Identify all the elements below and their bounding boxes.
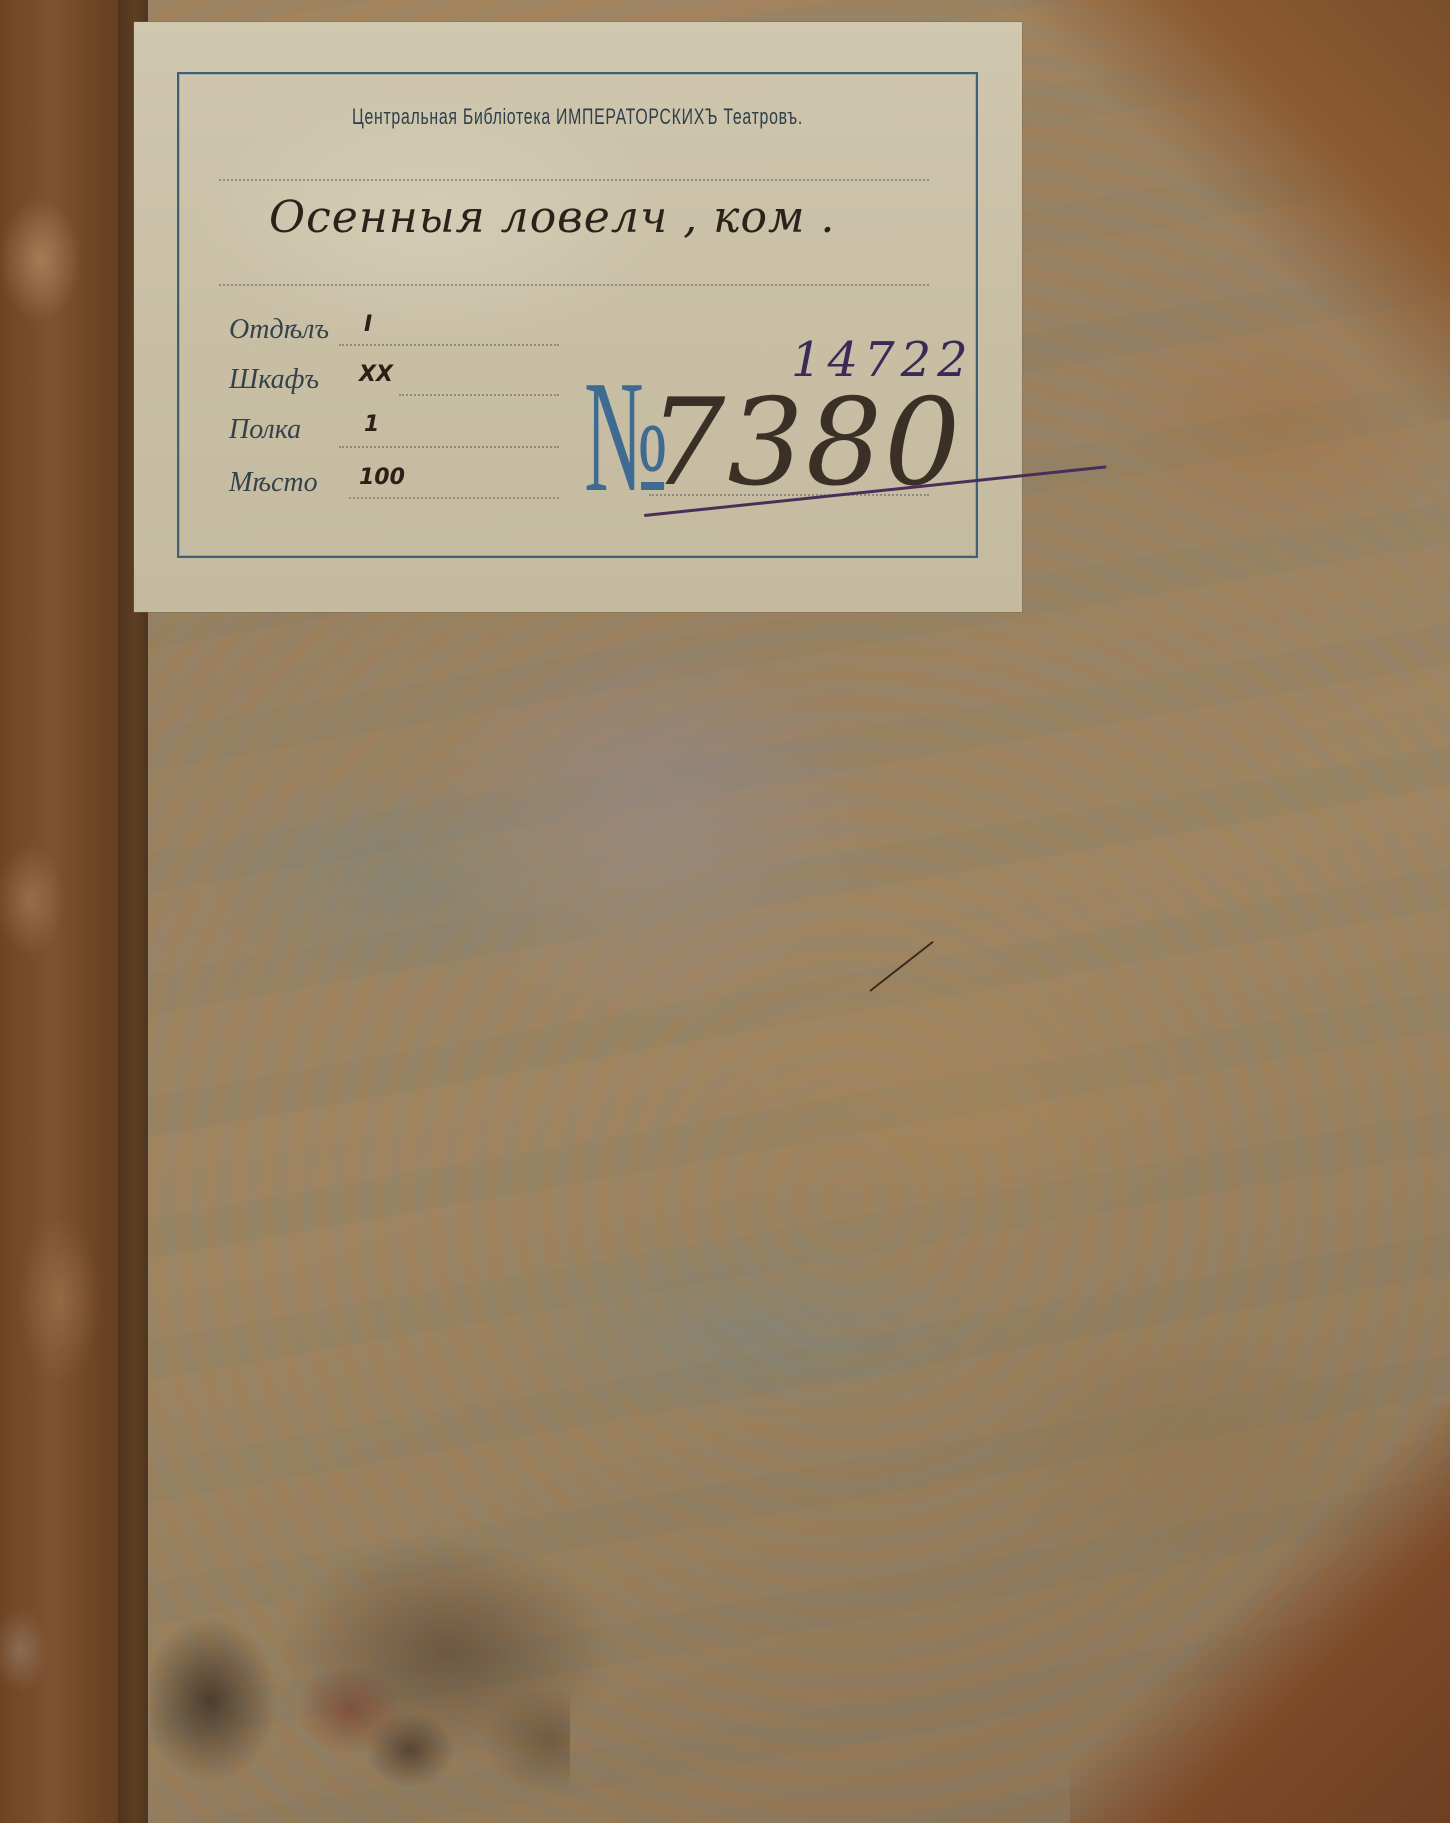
leather-corner-top <box>1010 0 1450 420</box>
label-frame: Центральная Библіотека ИМПЕРАТОРСКИХЪ Те… <box>177 72 978 558</box>
field-label: Мѣсто <box>229 467 318 499</box>
field-shkaf: Шкафъ XX <box>229 364 559 404</box>
field-label: Шкафъ <box>229 364 319 396</box>
old-catalog-number-struck: 7380 <box>649 374 962 513</box>
water-stain <box>150 1590 570 1823</box>
handwritten-title: Осенныя ловелч , ком . <box>269 192 835 243</box>
field-dotted-line <box>399 394 559 396</box>
field-value: I <box>364 312 372 337</box>
field-dotted-line <box>339 446 559 448</box>
field-dotted-line <box>349 497 559 499</box>
field-label: Полка <box>229 414 301 446</box>
field-mesto: Мѣсто 100 <box>229 467 559 507</box>
field-otdel: Отдѣлъ I <box>229 314 559 354</box>
field-value: 100 <box>359 465 405 490</box>
title-line-top <box>219 179 929 181</box>
library-header: Центральная Библіотека ИМПЕРАТОРСКИХЪ Те… <box>291 104 865 130</box>
library-label: Центральная Библіотека ИМПЕРАТОРСКИХЪ Те… <box>134 22 1022 612</box>
field-dotted-line <box>339 344 559 346</box>
field-value: XX <box>359 362 393 387</box>
title-line-bottom <box>219 284 929 286</box>
leather-corner-bottom <box>1070 1403 1450 1823</box>
field-value: 1 <box>364 412 379 437</box>
field-label: Отдѣлъ <box>229 314 329 346</box>
field-polka: Полка 1 <box>229 414 559 454</box>
